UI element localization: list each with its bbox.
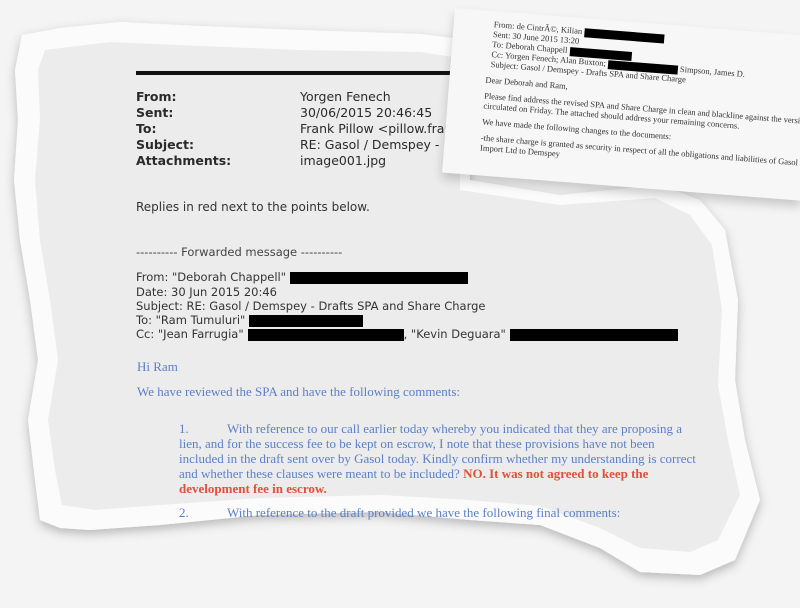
comment-item-2: 2.With reference to the draft provided w… xyxy=(179,505,699,520)
attachments-label: Attachments: xyxy=(136,153,300,168)
fwd-cc-2: , "Kevin Deguara" xyxy=(404,327,506,341)
header-attachments-row: Attachments:image001.jpg xyxy=(136,153,386,168)
fwd-from-line: From: "Deborah Chappell" xyxy=(136,270,468,284)
comment-item-1: 1.With reference to our call earlier tod… xyxy=(179,421,699,496)
fwd-subject: Subject: RE: Gasol / Demspey - Drafts SP… xyxy=(136,299,486,313)
header-sent-row: Sent:30/06/2015 20:46:45 xyxy=(136,105,432,120)
header-from-row: From:Yorgen Fenech xyxy=(136,89,391,104)
item-text: With reference to the draft provided we … xyxy=(227,505,620,520)
from-label: From: xyxy=(136,89,300,104)
fwd-to-line: To: "Ram Tumuluri" xyxy=(136,313,363,327)
reply-note: Replies in red next to the points below. xyxy=(136,200,370,214)
ov-cc-tail: Simpson, James D. xyxy=(680,64,746,79)
fwd-date: Date: 30 Jun 2015 20:46 xyxy=(136,285,277,299)
redaction-bar xyxy=(584,28,664,43)
fwd-from: From: "Deborah Chappell" xyxy=(136,270,286,284)
ov-greeting: Dear Deborah and Ram, xyxy=(485,75,568,91)
redaction-bar xyxy=(290,272,468,284)
sent-label: Sent: xyxy=(136,105,300,120)
overlay-email-fragment: From: de CintrÃ©, Kilian Sent: 30 June 2… xyxy=(442,8,800,201)
intro-text: We have reviewed the SPA and have the fo… xyxy=(137,384,460,400)
sent-value: 30/06/2015 20:46:45 xyxy=(300,105,432,120)
item-number: 2. xyxy=(179,505,227,520)
fwd-cc-line: Cc: "Jean Farrugia", "Kevin Deguara" xyxy=(136,327,678,341)
redaction-bar xyxy=(510,329,678,341)
fwd-to: To: "Ram Tumuluri" xyxy=(136,313,245,327)
subject-label: Subject: xyxy=(136,137,300,152)
to-label: To: xyxy=(136,121,300,136)
item-number: 1. xyxy=(179,421,227,436)
from-value: Yorgen Fenech xyxy=(300,89,391,104)
attachment-link[interactable]: image001.jpg xyxy=(300,153,386,168)
redaction-bar xyxy=(249,315,363,327)
header-subject-row: Subject:RE: Gasol / Demspey - Drafts S xyxy=(136,137,493,152)
forwarded-separator: ---------- Forwarded message ---------- xyxy=(136,245,342,259)
fwd-cc-1: Cc: "Jean Farrugia" xyxy=(136,327,244,341)
redaction-bar xyxy=(248,329,404,341)
greeting: Hi Ram xyxy=(137,359,178,375)
header-to-row: To:Frank Pillow <pillow.frank@ya xyxy=(136,121,487,136)
